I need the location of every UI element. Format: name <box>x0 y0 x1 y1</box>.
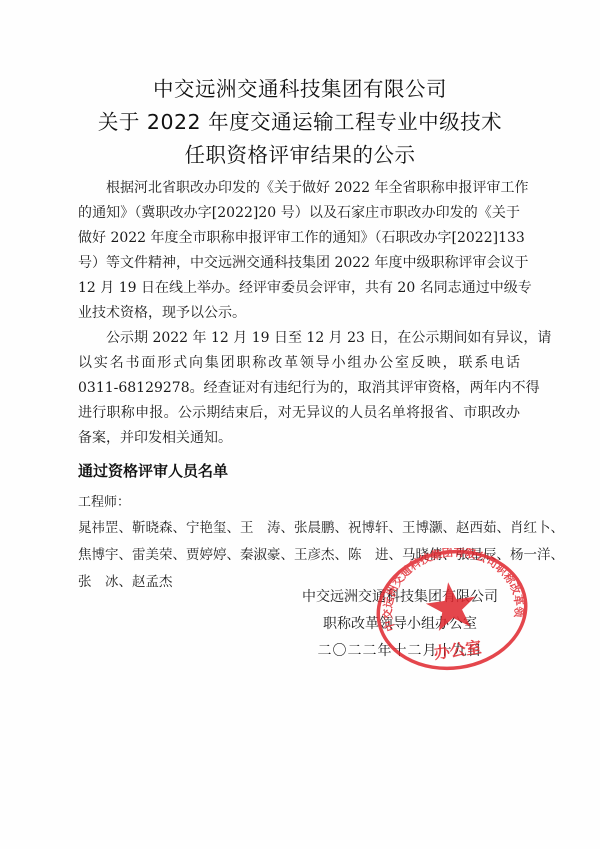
paragraph-line: 12 月 19 日在线上举办。经评审委员会评审，共有 20 名同志通过中级专 <box>78 276 520 301</box>
title-line-1: 中交远洲交通科技集团有限公司 <box>0 72 600 102</box>
paragraph-line: 做好 2022 年度全市职称申报评审工作的通知》（石职改办字[2022]133 <box>78 226 520 251</box>
signature-date: 二〇二二年十二月十九日 <box>280 640 520 660</box>
paragraph-line: 根据河北省职改办印发的《关于做好 2022 年全省职称申报评审工作 <box>78 176 520 201</box>
role-label-engineer: 工程师： <box>78 491 130 510</box>
paragraph-announcement: 根据河北省职改办印发的《关于做好 2022 年全省职称申报评审工作 的通知》（冀… <box>78 176 520 326</box>
paragraph-line: 号）等文件精神，中交远洲交通科技集团 2022 年度中级职称评审会议于 <box>78 251 520 276</box>
paragraph-line: 的通知》（冀职改办字[2022]20 号）以及石家庄市职改办印发的《关于 <box>78 201 520 226</box>
title-line-3: 任职资格评审结果的公示 <box>0 138 600 168</box>
paragraph-line: 公示期 2022 年 12 月 19 日至 12 月 23 日，在公示期间如有异… <box>78 326 520 351</box>
paragraph-line: 进行职称申报。公示期结束后，对无异议的人员名单将报省、市职改办 <box>78 401 520 426</box>
paragraph-line: 0311-68129278。经查证对有违纪行为的，取消其评审资格，两年内不得 <box>78 376 520 401</box>
section-title-approved-list: 通过资格评审人员名单 <box>78 460 228 481</box>
name-list: 晁祎罡、靳晓森、宁艳玺、王 涛、张晨鹏、祝博轩、王博灏、赵西茹、肖红卜、 焦博宇… <box>78 515 528 596</box>
document-page: 中交远洲交通科技集团有限公司 关于 2022 年度交通运输工程专业中级技术 任职… <box>0 0 600 849</box>
paragraph-line: 以实名书面形式向集团职称改革领导小组办公室反映，联系电话 <box>78 351 520 376</box>
title-line-2: 关于 2022 年度交通运输工程专业中级技术 <box>0 105 600 135</box>
paragraph-publicity-period: 公示期 2022 年 12 月 19 日至 12 月 23 日，在公示期间如有异… <box>78 326 520 451</box>
name-row: 焦博宇、雷美荣、贾婷婷、秦淑豪、王彦杰、陈 进、马晓倩、张星辰、杨一洋、 <box>78 542 528 569</box>
name-row: 晁祎罡、靳晓森、宁艳玺、王 涛、张晨鹏、祝博轩、王博灏、赵西茹、肖红卜、 <box>78 515 528 542</box>
signature-org: 中交远洲交通科技集团有限公司 <box>280 586 520 606</box>
paragraph-line: 备案，并印发相关通知。 <box>78 426 520 451</box>
signature-dept: 职称改革领导小组办公室 <box>280 613 520 633</box>
paragraph-line: 业技术资格，现予以公示。 <box>78 301 520 326</box>
